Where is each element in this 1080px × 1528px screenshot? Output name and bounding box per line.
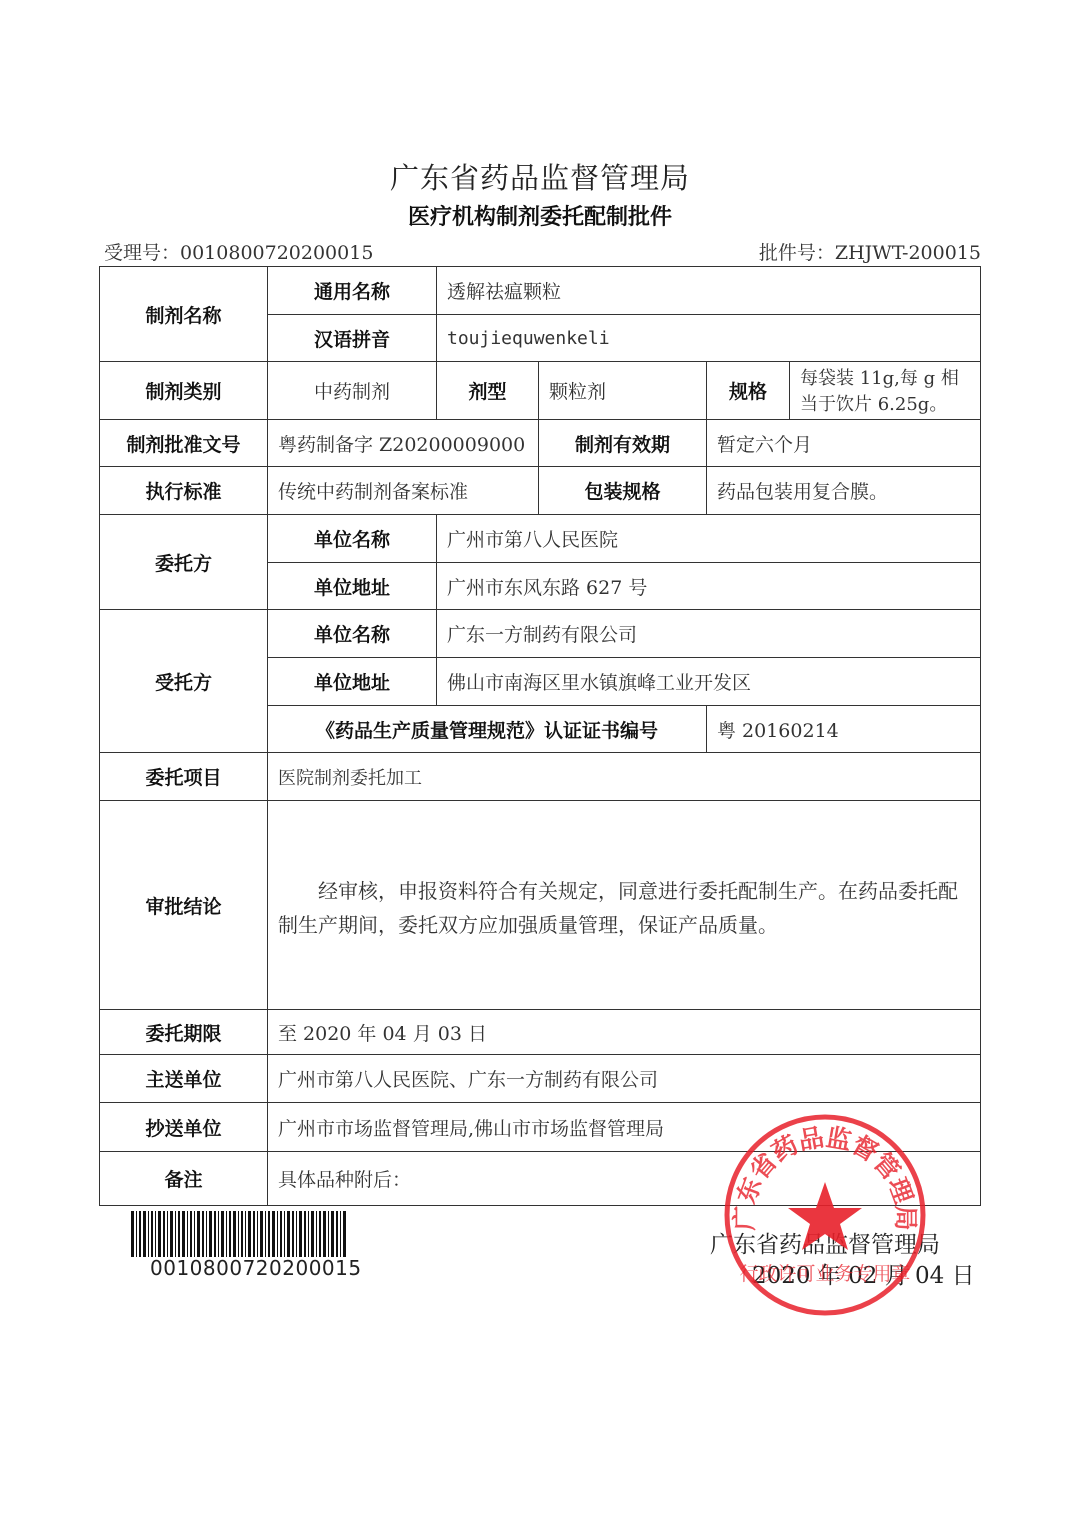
approval-label: 制剂批准文号 xyxy=(99,419,268,467)
pinyin-value: toujiequwenkeli xyxy=(436,314,981,362)
client-label: 委托方 xyxy=(99,514,268,610)
acceptance-number: 受理号：0010800720200015 xyxy=(104,238,373,265)
category-value: 中药制剂 xyxy=(267,361,437,420)
conclusion-value: 经审核，申报资料符合有关规定，同意进行委托配制生产。在药品委托配制生产期间，委托… xyxy=(267,800,981,1010)
gmp-cert-value: 粤 20160214 xyxy=(706,705,981,753)
cc-label: 抄送单位 xyxy=(99,1102,268,1152)
generic-name-label: 通用名称 xyxy=(267,266,437,315)
standard-label: 执行标准 xyxy=(99,466,268,515)
packaging-label: 包装规格 xyxy=(538,466,707,515)
recipients-label: 主送单位 xyxy=(99,1054,268,1103)
client-name-label: 单位名称 xyxy=(267,514,437,563)
term-label: 委托期限 xyxy=(99,1009,268,1055)
gmp-cert-label: 《药品生产质量管理规范》认证证书编号 xyxy=(267,705,707,753)
spec-value: 每袋装 11g,每 g 相当于饮片 6.25g。 xyxy=(789,361,981,420)
contractor-name-value: 广东一方制药有限公司 xyxy=(436,609,981,658)
recipients-value: 广州市第八人民医院、广东一方制药有限公司 xyxy=(267,1054,981,1103)
packaging-value: 药品包装用复合膜。 xyxy=(706,466,981,515)
validity-value: 暂定六个月 xyxy=(706,419,981,467)
remarks-label: 备注 xyxy=(99,1151,268,1206)
prep-name-label: 制剂名称 xyxy=(99,266,268,362)
generic-name-value: 透解祛瘟颗粒 xyxy=(436,266,981,315)
validity-label: 制剂有效期 xyxy=(538,419,707,467)
approval-value: 粤药制备字 Z20200009000 xyxy=(267,419,539,467)
project-label: 委托项目 xyxy=(99,752,268,801)
dosage-form-label: 剂型 xyxy=(436,361,539,420)
conclusion-label: 审批结论 xyxy=(99,800,268,1010)
dosage-form-value: 颗粒剂 xyxy=(538,361,707,420)
barcode xyxy=(131,1211,387,1257)
approval-number: 批件号：ZHJWT-200015 xyxy=(759,238,981,265)
seal-bottom-text: 行政许可业务专用章 xyxy=(739,1263,910,1285)
contractor-label: 受托方 xyxy=(99,609,268,753)
conclusion-text: 经审核，申报资料符合有关规定，同意进行委托配制生产。在药品委托配制生产期间，委托… xyxy=(278,874,974,942)
client-address-label: 单位地址 xyxy=(267,562,437,610)
project-value: 医院制剂委托加工 xyxy=(267,752,981,801)
standard-value: 传统中药制剂备案标准 xyxy=(267,466,539,515)
spec-label: 规格 xyxy=(706,361,790,420)
pinyin-label: 汉语拼音 xyxy=(267,314,437,362)
contractor-name-label: 单位名称 xyxy=(267,609,437,658)
term-value: 至 2020 年 04 月 03 日 xyxy=(267,1009,981,1055)
document-title: 医疗机构制剂委托配制批件 xyxy=(0,200,1080,231)
agency-title: 广东省药品监督管理局 xyxy=(0,156,1080,197)
official-seal-icon: 广东省药品监督管理局 行政许可业务专用章 xyxy=(722,1112,928,1318)
contractor-address-value: 佛山市南海区里水镇旗峰工业开发区 xyxy=(436,657,981,706)
barcode-number: 0010800720200015 xyxy=(150,1256,362,1280)
client-address-value: 广州市东风东路 627 号 xyxy=(436,562,981,610)
category-label: 制剂类别 xyxy=(99,361,268,420)
contractor-address-label: 单位地址 xyxy=(267,657,437,706)
client-name-value: 广州市第八人民医院 xyxy=(436,514,981,563)
